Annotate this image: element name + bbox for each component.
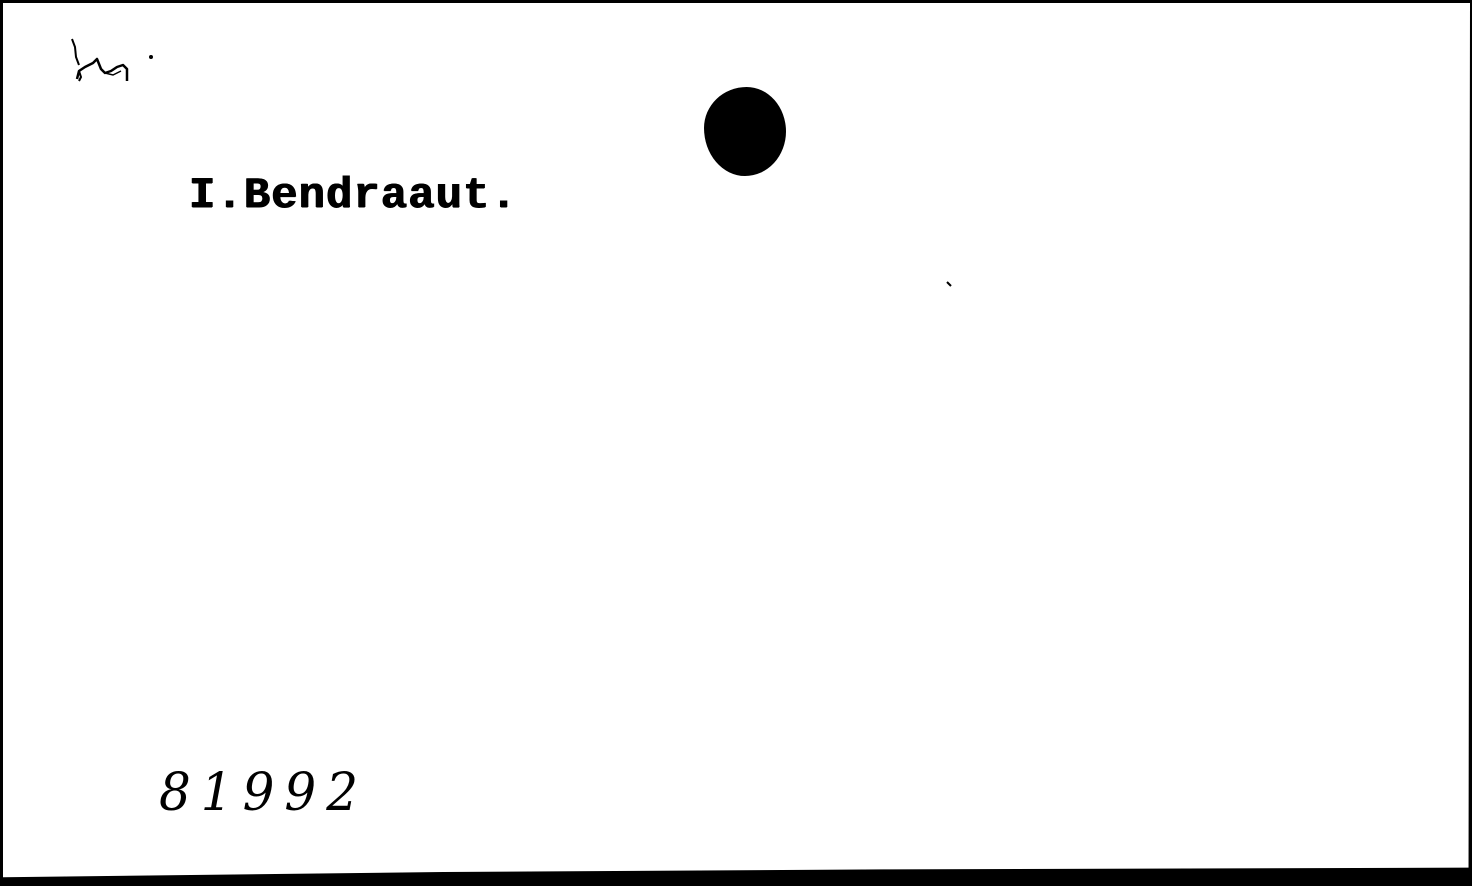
ink-speck: [946, 281, 952, 287]
scan-frame: I.Bendraaut. 81992: [0, 0, 1472, 886]
handwritten-card-number: 81992: [159, 762, 368, 823]
index-card: I.Bendraaut. 81992: [3, 3, 1470, 879]
typed-name: I.Bendraaut.: [189, 171, 518, 221]
punch-hole-icon: [704, 87, 786, 176]
handwriting-icon: [67, 33, 167, 93]
